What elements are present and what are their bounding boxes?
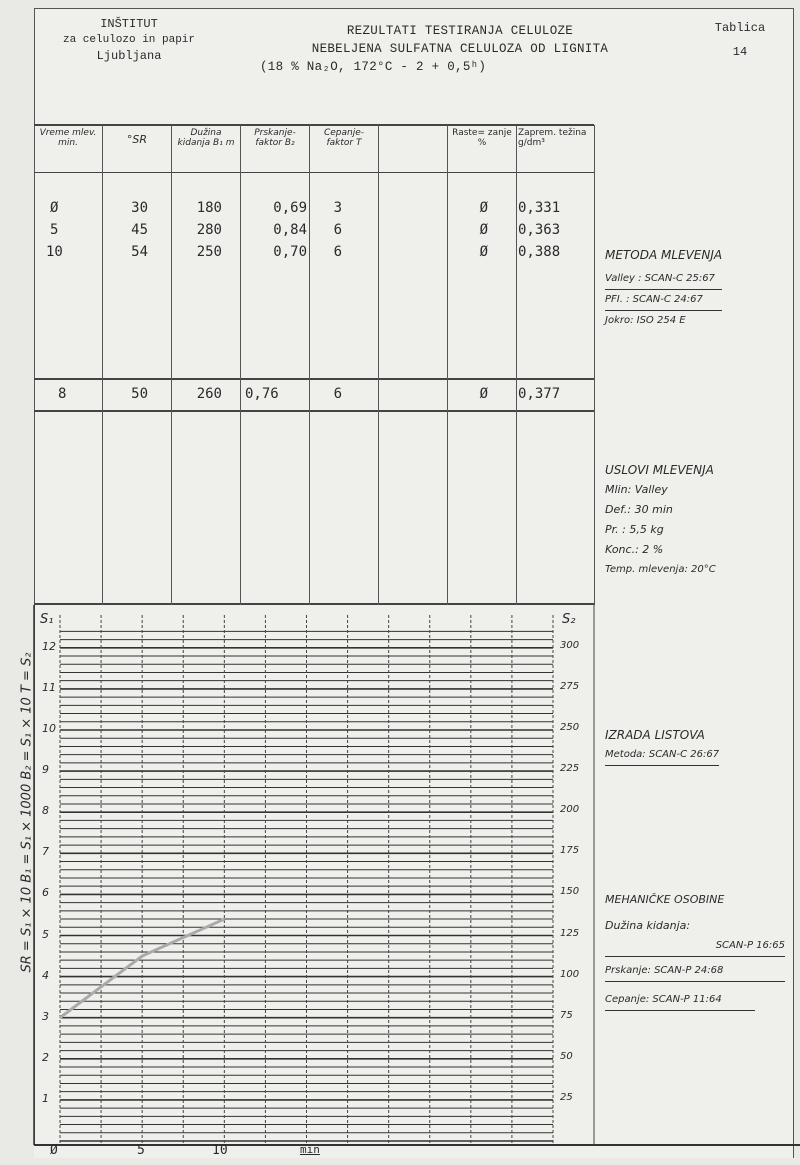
y-tick: 10 <box>42 722 56 735</box>
y2-tick: 100 <box>560 969 579 980</box>
x-tick: Ø <box>50 1143 58 1158</box>
y2-tick: 75 <box>560 1010 573 1021</box>
y-tick: 2 <box>42 1051 49 1064</box>
x-tick: 5 <box>137 1143 145 1158</box>
y-tick: 1 <box>42 1092 49 1105</box>
y2-tick: 25 <box>560 1092 573 1103</box>
y-tick: 12 <box>42 640 56 653</box>
y-tick: 4 <box>42 969 49 982</box>
y2-tick: 200 <box>560 804 579 815</box>
chart-grid <box>0 0 800 1165</box>
y-tick: 9 <box>42 763 49 776</box>
y2-tick: 150 <box>560 886 579 897</box>
y2-tick: 50 <box>560 1051 573 1062</box>
y-tick: 11 <box>42 681 56 694</box>
y2-tick: 225 <box>560 763 579 774</box>
y2-tick: 175 <box>560 845 579 856</box>
y-tick: 7 <box>42 845 49 858</box>
y2-tick: 300 <box>560 640 579 651</box>
y-tick: 3 <box>42 1010 49 1023</box>
y2-tick: 275 <box>560 681 579 692</box>
y-tick: 6 <box>42 886 49 899</box>
y-tick: 8 <box>42 804 49 817</box>
x-tick: 10 <box>212 1143 228 1158</box>
y-tick: 5 <box>42 928 49 941</box>
x-unit-label: min <box>300 1143 320 1156</box>
y2-tick: 125 <box>560 928 579 939</box>
y2-tick: 250 <box>560 722 579 733</box>
